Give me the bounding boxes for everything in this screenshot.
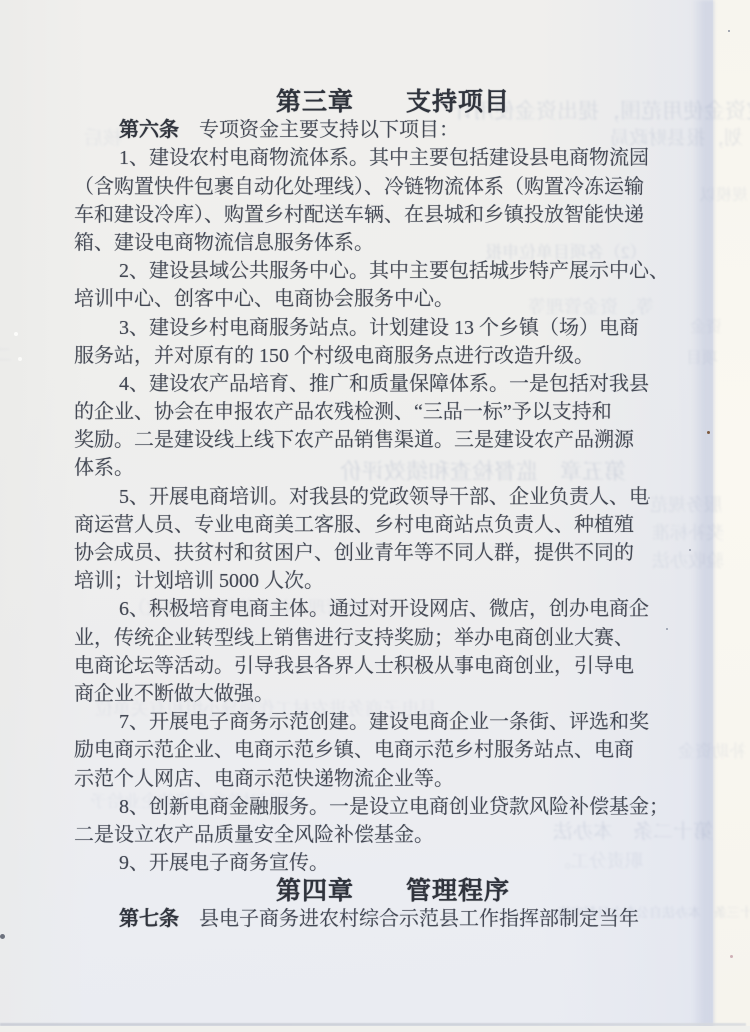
- text-line: 二是设立农产品质量安全风险补偿基金。: [74, 821, 656, 849]
- article-number: 第六条: [119, 119, 179, 141]
- scan-speck: [689, 549, 691, 551]
- text-line: 示范个人网店、电商示范快递物流企业等。: [74, 765, 656, 793]
- text-line: 的企业、协会在申报农产品农残检测、“三品一标”予以支持和: [74, 398, 656, 426]
- text-line: 体系。: [74, 454, 656, 482]
- scanned-document-page: 规定资金使用范围，提出资金使用计划，报县财政局核后规模以（2）各项目单位申报等、…: [0, 0, 750, 1032]
- bleedthrough-ghost-text: 二: [0, 345, 12, 367]
- text-line: 商运营人员、专业电商美工客服、乡村电商站点负责人、种植殖: [74, 511, 656, 539]
- text-line: 电商论坛等活动。引导我县各界人士积极从事电商创业，引导电: [74, 652, 656, 680]
- scan-speck: [18, 357, 22, 361]
- text-line: 车和建设冷库）、购置乡村配送车辆、在县城和乡镇投放智能快递: [74, 201, 656, 229]
- scan-speck: [648, 497, 650, 499]
- text-line: 4、建设农产品培育、推广和质量保障体系。一是包括对我县: [74, 370, 656, 398]
- text-line: 励电商示范企业、电商示范乡镇、电商示范乡村服务站点、电商: [74, 736, 656, 764]
- text-line: 奖励。二是建设线上线下农产品销售渠道。三是建设农产品溯源: [74, 426, 656, 454]
- article-number: 第七条: [119, 908, 179, 930]
- text-line: 箱、建设电商物流信息服务体系。: [74, 229, 656, 257]
- text-line: 9、开展电子商务宣传。: [74, 849, 656, 877]
- text-line: 5、开展电商培训。对我县的党政领导干部、企业负责人、电: [74, 483, 656, 511]
- scan-speck: [730, 955, 733, 958]
- chapter-heading: 第四章 管理程序: [74, 877, 656, 905]
- scan-speck: [707, 431, 710, 434]
- scan-speck: [0, 934, 5, 939]
- text-line: 业，传统企业转型线上销售进行支持奖励；举办电商创业大赛、: [74, 624, 656, 652]
- document-body: 第三章 支持项目第六条 专项资金主要支持以下项目：1、建设农村电商物流体系。其中…: [74, 88, 656, 934]
- text-line: 协会成员、扶贫村和贫困户、创业青年等不同人群，提供不同的: [74, 539, 656, 567]
- text-line: 第七条 县电子商务进农村综合示范县工作指挥部制定当年: [74, 905, 656, 933]
- chapter-heading: 第三章 支持项目: [74, 88, 656, 116]
- text-line: （含购置快件包裹自动化处理线）、冷链物流体系（购置冷冻运输: [74, 173, 656, 201]
- page-edge-shadow: [692, 0, 714, 1028]
- scan-backing-strip: [713, 0, 750, 1032]
- scan-speck: [728, 30, 730, 32]
- scan-speck: [14, 332, 18, 336]
- scan-speck: [666, 628, 668, 630]
- scan-bottom-margin: [0, 1026, 750, 1032]
- text-line: 培训；计划培训 5000 人次。: [74, 567, 656, 595]
- text-line: 3、建设乡村电商服务站点。计划建设 13 个乡镇（场）电商: [74, 314, 656, 342]
- text-line: 2、建设县域公共服务中心。其中主要包括城步特产展示中心、: [74, 257, 656, 285]
- text-line: 8、创新电商金融服务。一是设立电商创业贷款风险补偿基金；: [74, 793, 656, 821]
- text-line: 1、建设农村电商物流体系。其中主要包括建设县电商物流园: [74, 144, 656, 172]
- text-line: 第六条 专项资金主要支持以下项目：: [74, 116, 656, 144]
- text-line: 培训中心、创客中心、电商协会服务中心。: [74, 285, 656, 313]
- text-line: 商企业不断做大做强。: [74, 680, 656, 708]
- text-line: 7、开展电子商务示范创建。建设电商企业一条街、评选和奖: [74, 708, 656, 736]
- text-line: 服务站，并对原有的 150 个村级电商服务点进行改造升级。: [74, 342, 656, 370]
- text-line: 6、积极培育电商主体。通过对开设网店、微店，创办电商企: [74, 595, 656, 623]
